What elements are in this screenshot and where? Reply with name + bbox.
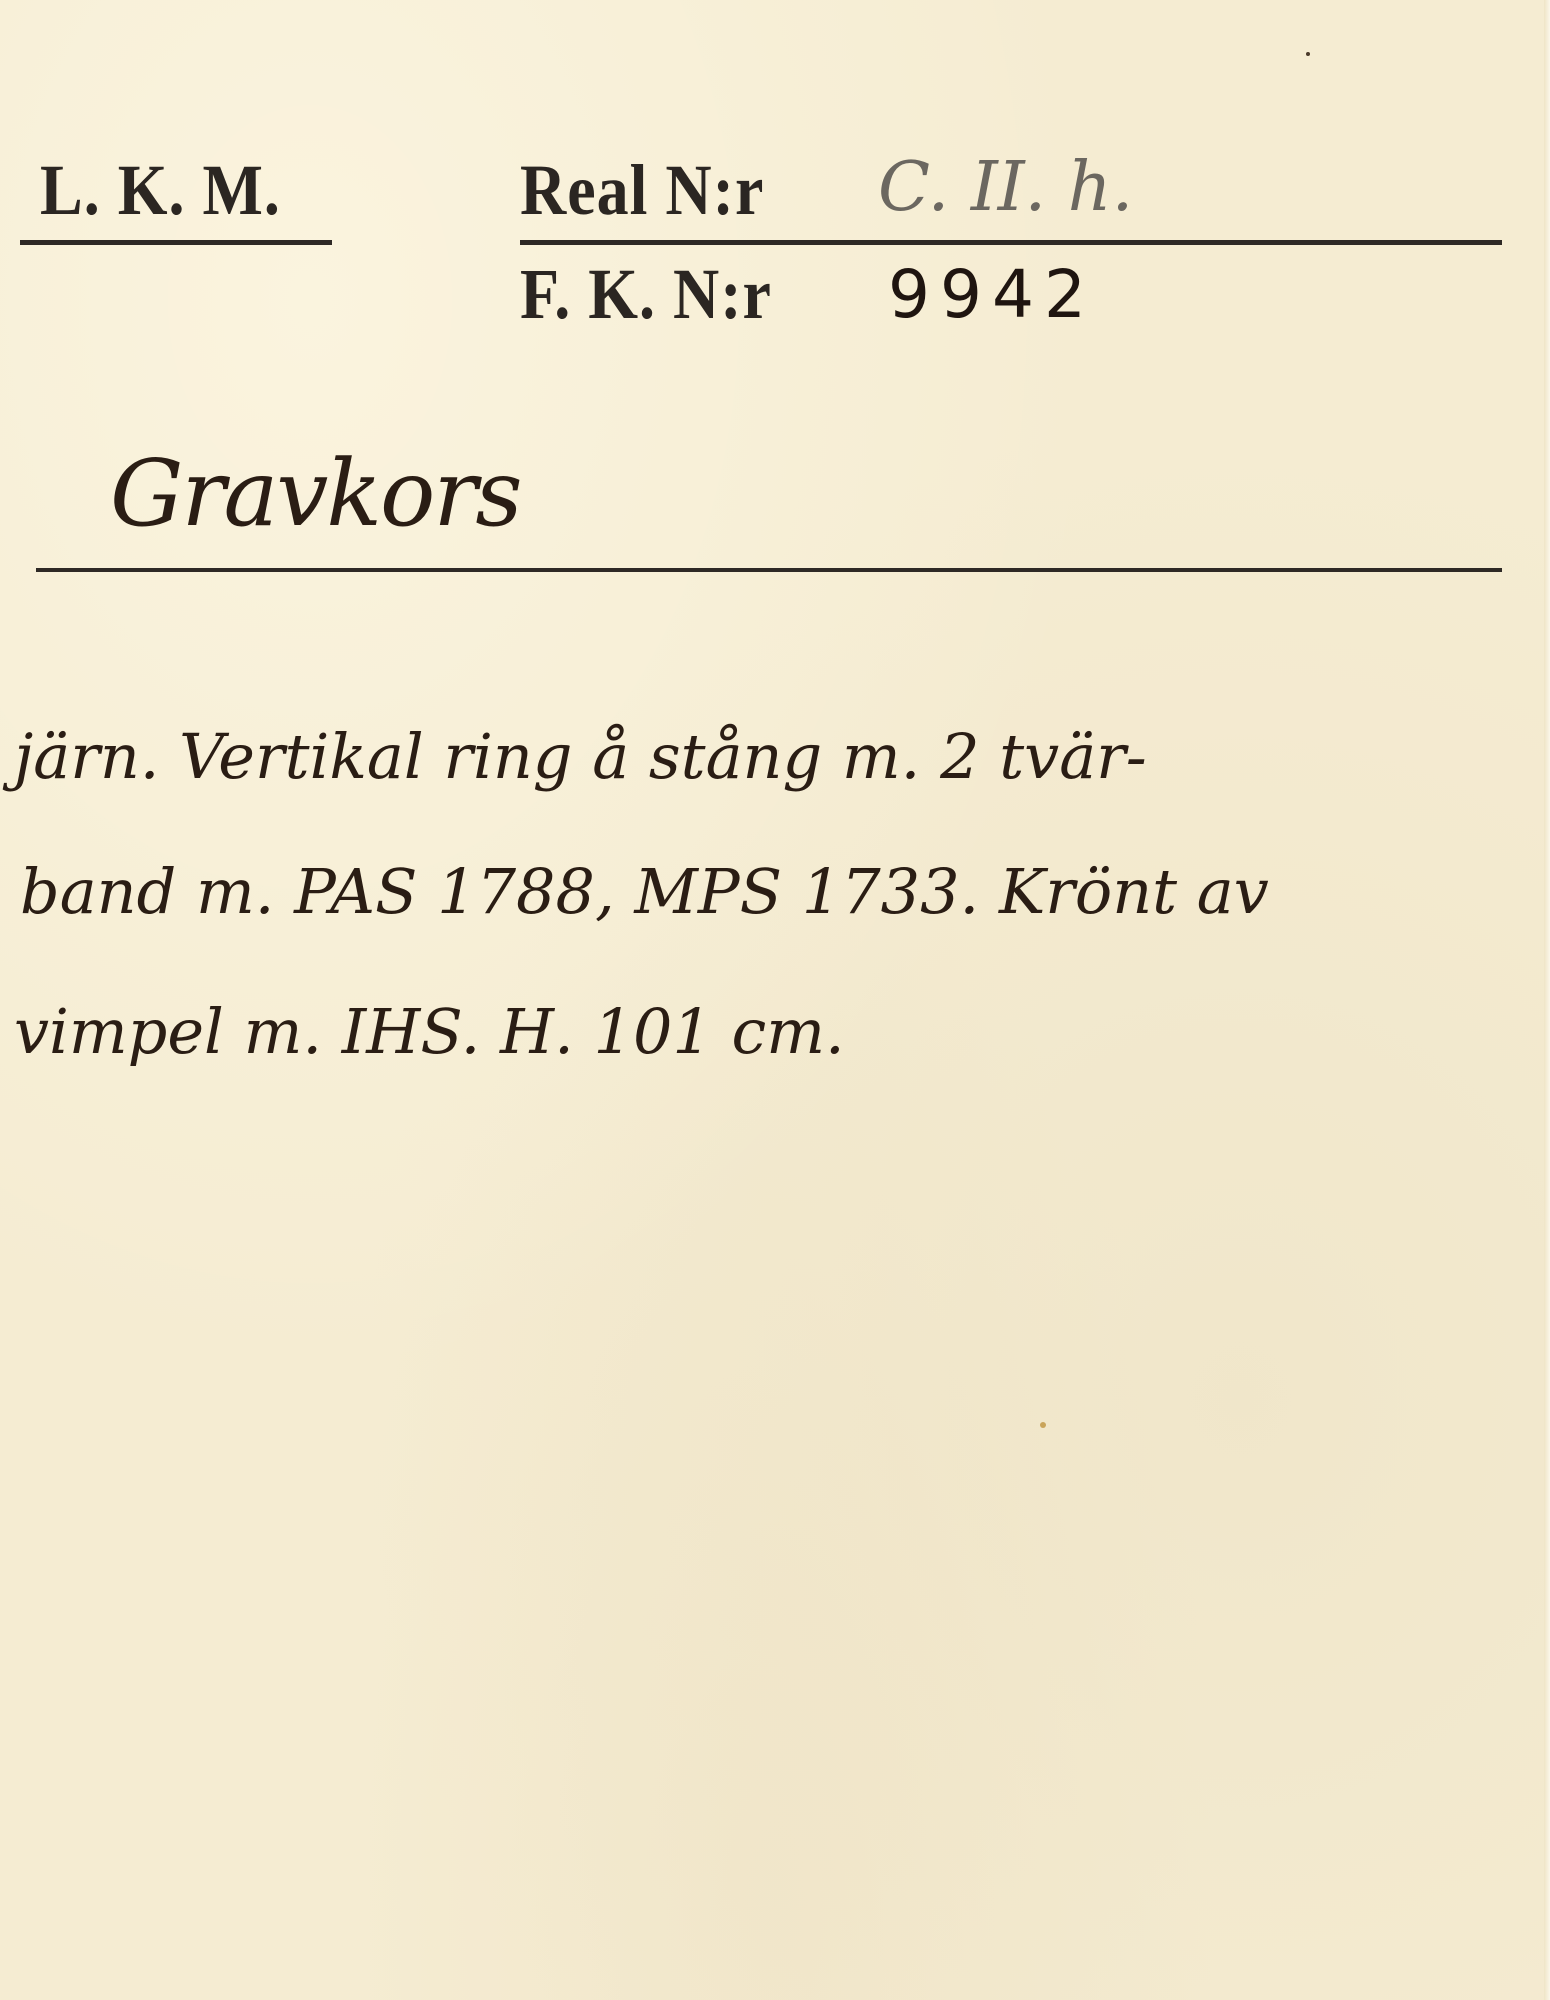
real-nr-underline (520, 240, 1502, 245)
real-nr-label: Real N:r (520, 149, 764, 232)
title-underline (36, 568, 1502, 572)
paper-speck (1306, 52, 1310, 56)
object-title: Gravkors (110, 440, 521, 547)
description-line-1: järn. Vertikal ring å stång m. 2 tvär- (14, 720, 1147, 793)
fk-nr-value: 9942 (888, 256, 1096, 333)
catalog-card: L. K. M. Real N:r C. II. h. F. K. N:r 99… (0, 0, 1550, 2000)
card-edge (1544, 0, 1550, 2000)
paper-speck (1040, 1422, 1046, 1428)
collection-label-underline (20, 240, 332, 245)
description-line-3: vimpel m. IHS. H. 101 cm. (14, 995, 845, 1068)
collection-label: L. K. M. (40, 149, 281, 232)
description-line-2: band m. PAS 1788, MPS 1733. Krönt av (20, 855, 1269, 928)
real-nr-value: C. II. h. (878, 148, 1133, 227)
fk-nr-label: F. K. N:r (520, 253, 772, 336)
